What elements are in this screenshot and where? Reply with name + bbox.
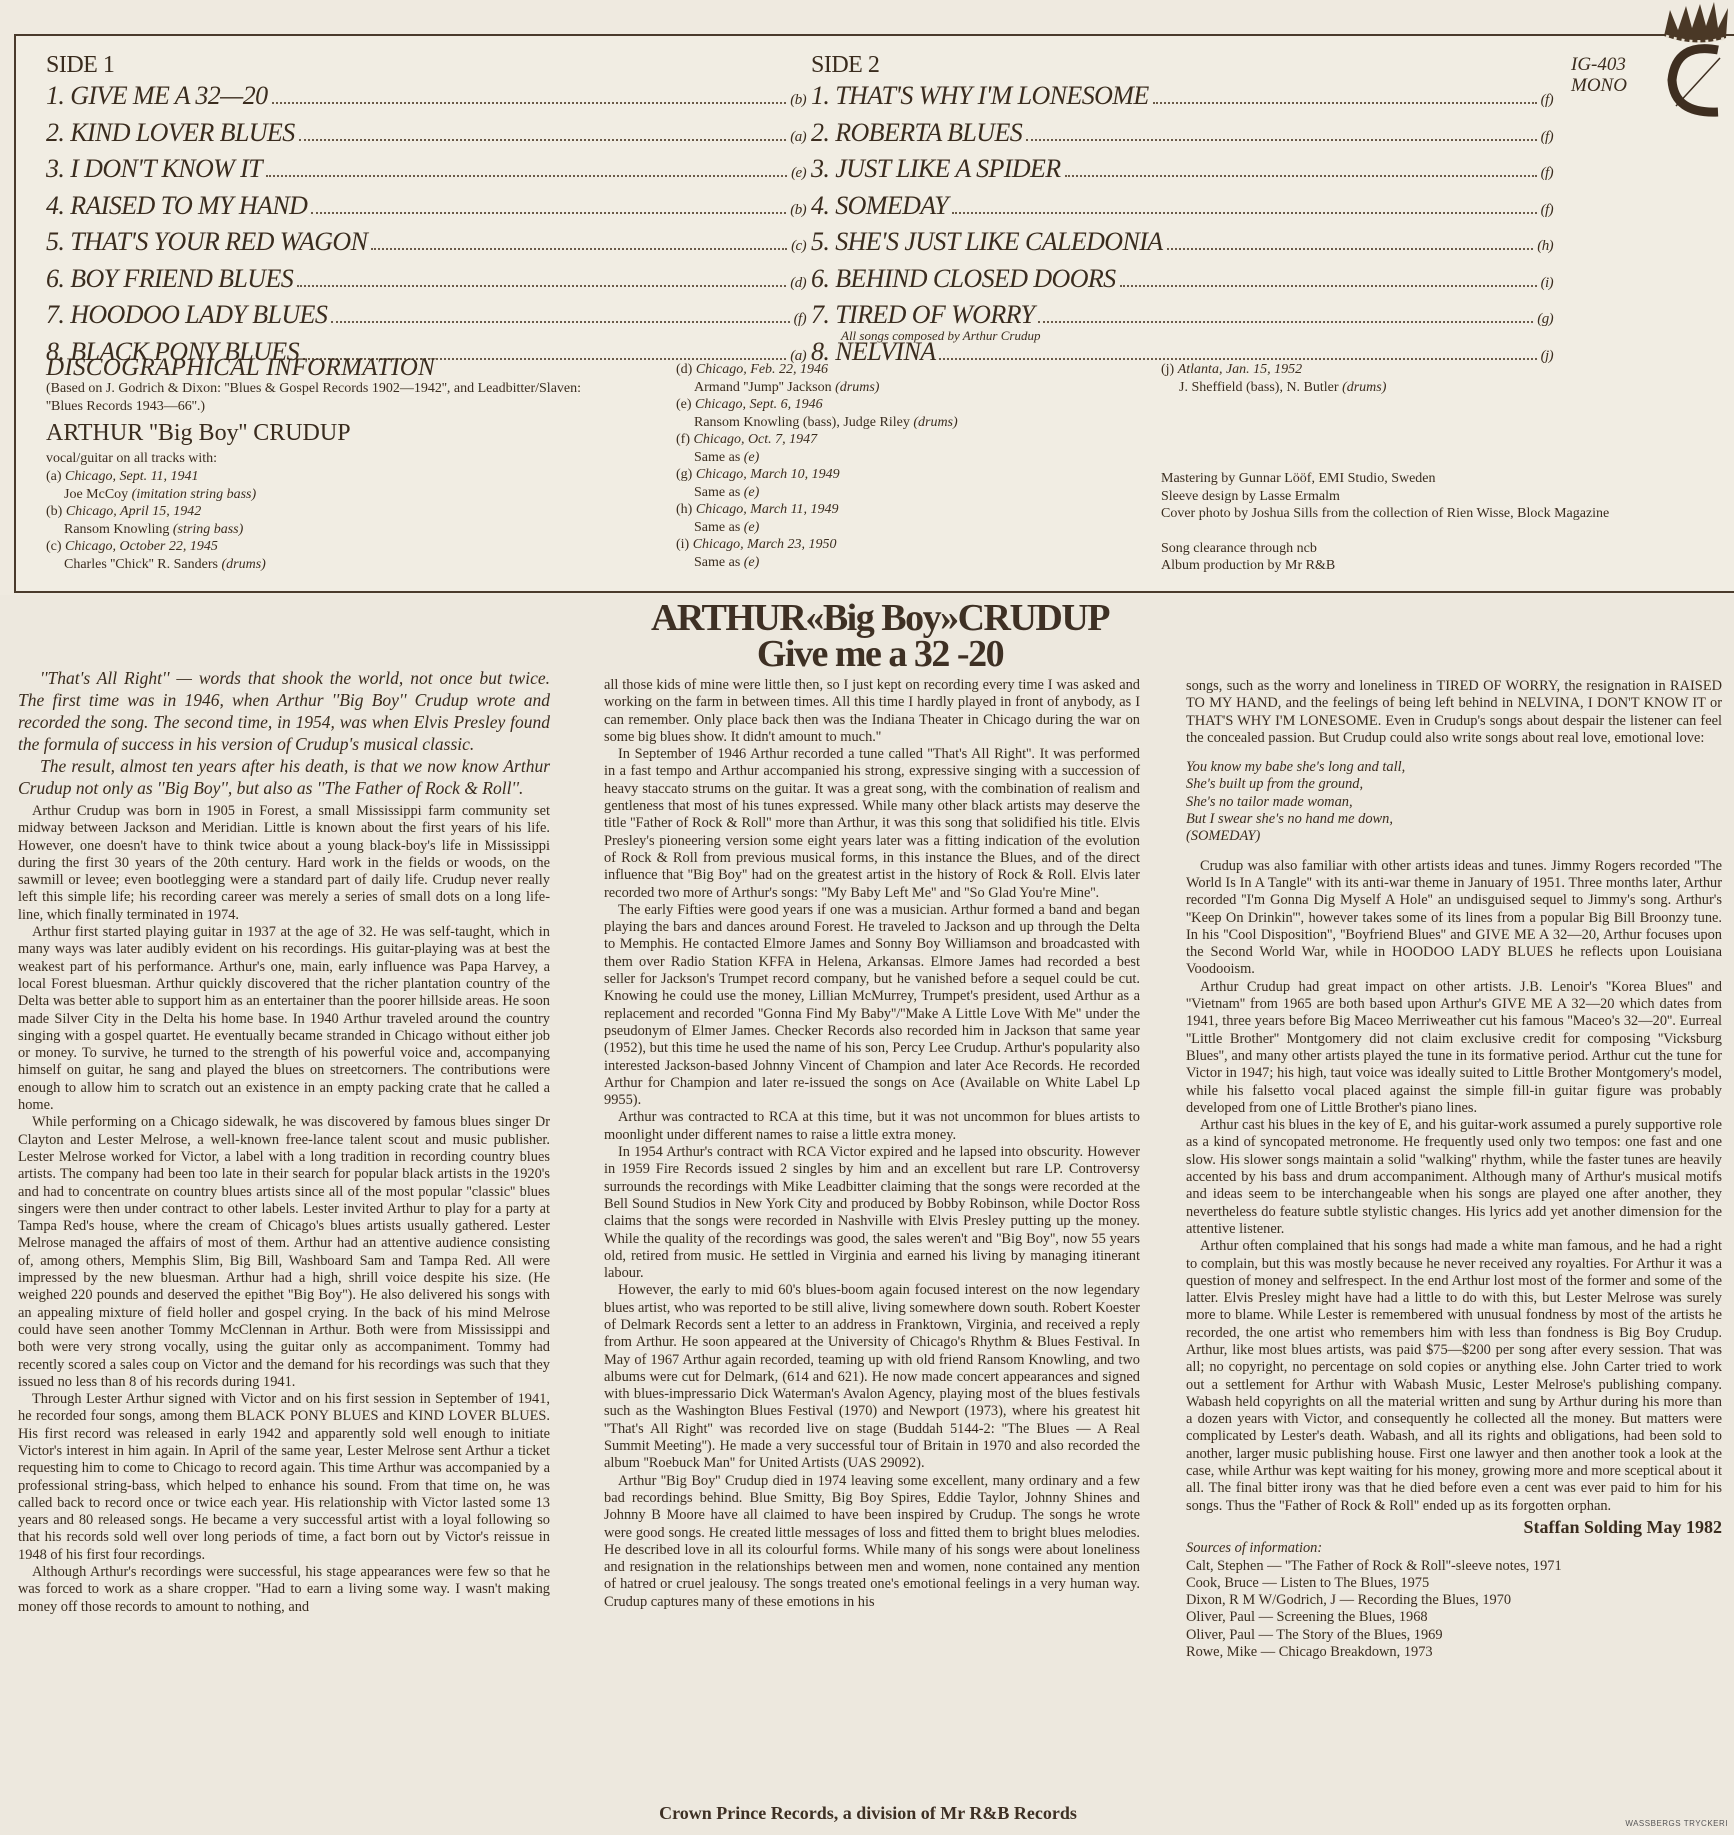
track-title: 3. I DON'T KNOW IT xyxy=(46,153,262,185)
lyric-line: (SOMEDAY) xyxy=(1186,828,1722,845)
dot-leader xyxy=(311,212,786,214)
track-row: 5. SHE'S JUST LIKE CALEDONIA(h) xyxy=(811,226,1553,263)
track-title: 6. BOY FRIEND BLUES xyxy=(46,263,293,295)
dot-leader xyxy=(266,175,787,177)
session-key: (a) xyxy=(46,469,65,484)
paragraph: Arthur was contracted to RCA at this tim… xyxy=(604,1109,1140,1144)
paragraph: Arthur often complained that his songs h… xyxy=(1186,1238,1722,1515)
track-title: 7. HOODOO LADY BLUES xyxy=(46,299,327,331)
paragraph: However, the early to mid 60's blues-boo… xyxy=(604,1282,1140,1472)
headline: ARTHUR«Big Boy»CRUDUP Give me a 32 -20 xyxy=(580,595,1180,671)
source-item: Oliver, Paul — Screening the Blues, 1968 xyxy=(1186,1609,1722,1626)
track-title: 1. GIVE ME A 32—20 xyxy=(46,80,268,112)
session-line: (c) Chicago, October 22, 1945 xyxy=(46,538,266,556)
session-location: Chicago, Feb. 22, 1946 xyxy=(696,362,828,377)
session-personnel: Armand ''Jump'' Jackson (drums) xyxy=(676,379,958,397)
personnel-name: Armand ''Jump'' Jackson xyxy=(694,380,835,395)
side-1-tracklist: 1. GIVE ME A 32—20(b)2. KIND LOVER BLUES… xyxy=(46,80,806,372)
track-title: 2. KIND LOVER BLUES xyxy=(46,117,295,149)
source-item: Dixon, R M W/Godrich, J — Recording the … xyxy=(1186,1592,1722,1609)
session-entry: (e) Chicago, Sept. 6, 1946Ransom Knowlin… xyxy=(676,396,958,431)
lyric-line: You know my babe she's long and tall, xyxy=(1186,759,1722,776)
track-row: 3. JUST LIKE A SPIDER(f) xyxy=(811,153,1553,190)
photo-credit: Cover photo by Joshua Sills from the col… xyxy=(1161,505,1609,523)
column-1-paragraphs: Arthur Crudup was born in 1905 in Forest… xyxy=(18,803,550,1616)
composer-note: All songs composed by Arthur Crudup xyxy=(841,328,1040,344)
session-ref: (b) xyxy=(790,85,806,117)
session-personnel: Charles ''Chick'' R. Sanders (drums) xyxy=(46,556,266,574)
track-row: 4. RAISED TO MY HAND(b) xyxy=(46,190,806,227)
crown-c-logo-icon xyxy=(1656,2,1734,122)
paragraph: all those kids of mine were little then,… xyxy=(604,677,1140,746)
intro-paragraph: ''That's All Right'' — words that shook … xyxy=(18,667,550,755)
paragraph: Arthur first started playing guitar in 1… xyxy=(18,924,550,1114)
track-row: 6. BOY FRIEND BLUES(d) xyxy=(46,263,806,300)
session-location: Chicago, Oct. 7, 1947 xyxy=(694,432,818,447)
side-2: SIDE 2 1. THAT'S WHY I'M LONESOME(f)2. R… xyxy=(811,50,1553,372)
session-entry: (g) Chicago, March 10, 1949Same as (e) xyxy=(676,466,958,501)
author-signature: Staffan Solding May 1982 xyxy=(1186,1519,1722,1536)
session-personnel: Ransom Knowling (string bass) xyxy=(46,521,266,539)
session-line: (b) Chicago, April 15, 1942 xyxy=(46,503,266,521)
track-row: 3. I DON'T KNOW IT(e) xyxy=(46,153,806,190)
session-key: (g) xyxy=(676,467,696,482)
sources-title: Sources of information: xyxy=(1186,1540,1722,1557)
paragraph: While performing on a Chicago sidewalk, … xyxy=(18,1114,550,1391)
clearance-credit: Song clearance through ncb xyxy=(1161,540,1609,558)
session-key: (j) xyxy=(1161,362,1178,377)
personnel-name: Same as xyxy=(694,450,744,465)
source-item: Oliver, Paul — The Story of the Blues, 1… xyxy=(1186,1627,1722,1644)
personnel-instrument: (imitation string bass) xyxy=(132,487,256,502)
session-line: (h) Chicago, March 11, 1949 xyxy=(676,501,958,519)
track-title: 4. SOMEDAY xyxy=(811,190,948,222)
dot-leader xyxy=(1026,139,1536,141)
track-title: 5. THAT'S YOUR RED WAGON xyxy=(46,226,367,258)
session-line: (f) Chicago, Oct. 7, 1947 xyxy=(676,431,958,449)
session-ref: (i) xyxy=(1541,268,1553,300)
track-title: 7. TIRED OF WORRY xyxy=(811,299,1034,331)
sleeve-credit: Sleeve design by Lasse Ermalm xyxy=(1161,488,1609,506)
sessions-column-1: (a) Chicago, Sept. 11, 1941Joe McCoy (im… xyxy=(46,468,266,573)
session-key: (i) xyxy=(676,537,693,552)
lyrics-quote: You know my babe she's long and tall,She… xyxy=(1186,759,1722,845)
personnel-instrument: (drums) xyxy=(221,557,265,572)
track-row: 4. SOMEDAY(f) xyxy=(811,190,1553,227)
dot-leader xyxy=(297,285,786,287)
personnel-name: Ransom Knowling (bass), Judge Riley xyxy=(694,415,913,430)
notes-column-3: songs, such as the worry and loneliness … xyxy=(1186,678,1722,1661)
dot-leader xyxy=(331,321,789,323)
production-credits: Mastering by Gunnar Lööf, EMI Studio, Sw… xyxy=(1161,470,1609,575)
session-entry: (d) Chicago, Feb. 22, 1946Armand ''Jump'… xyxy=(676,361,958,396)
session-location: Chicago, Sept. 11, 1941 xyxy=(65,469,199,484)
track-title: 5. SHE'S JUST LIKE CALEDONIA xyxy=(811,226,1163,258)
session-entry: (h) Chicago, March 11, 1949Same as (e) xyxy=(676,501,958,536)
mastering-credit: Mastering by Gunnar Lööf, EMI Studio, Sw… xyxy=(1161,470,1609,488)
personnel-name: Charles ''Chick'' R. Sanders xyxy=(64,557,221,572)
dot-leader xyxy=(299,139,787,141)
session-ref: (f) xyxy=(1541,195,1553,227)
session-ref: (a) xyxy=(790,122,806,154)
dot-leader xyxy=(272,102,787,104)
dot-leader xyxy=(939,358,1536,360)
session-ref: (f) xyxy=(1541,85,1553,117)
label-footer: Crown Prince Records, a division of Mr R… xyxy=(598,1803,1138,1824)
track-title: 6. BEHIND CLOSED DOORS xyxy=(811,263,1116,295)
session-location: Chicago, March 10, 1949 xyxy=(696,467,840,482)
personnel-instrument: (e) xyxy=(744,520,760,535)
notes-column-1: ''That's All Right'' — words that shook … xyxy=(18,667,550,1616)
dot-leader xyxy=(1167,248,1534,250)
discography-note: (Based on J. Godrich & Dixon: ''Blues & … xyxy=(46,380,606,416)
dot-leader xyxy=(1038,321,1533,323)
session-key: (h) xyxy=(676,502,696,517)
session-key: (e) xyxy=(676,397,695,412)
paragraph: The early Fifties were good years if one… xyxy=(604,902,1140,1110)
session-location: Chicago, March 11, 1949 xyxy=(696,502,839,517)
paragraph: Crudup was also familiar with other arti… xyxy=(1186,858,1722,979)
personnel-instrument: (drums) xyxy=(835,380,879,395)
track-row: 1. THAT'S WHY I'M LONESOME(f) xyxy=(811,80,1553,117)
track-title: 1. THAT'S WHY I'M LONESOME xyxy=(811,80,1149,112)
paragraph: In 1954 Arthur's contract with RCA Victo… xyxy=(604,1144,1140,1282)
sessions-column-2: (d) Chicago, Feb. 22, 1946Armand ''Jump'… xyxy=(676,361,958,571)
paragraph: Arthur ''Big Boy'' Crudup died in 1974 l… xyxy=(604,1473,1140,1611)
notes-column-2: all those kids of mine were little then,… xyxy=(604,677,1140,1611)
production-credit: Album production by Mr R&B xyxy=(1161,557,1609,575)
track-title: 3. JUST LIKE A SPIDER xyxy=(811,153,1061,185)
session-line: (d) Chicago, Feb. 22, 1946 xyxy=(676,361,958,379)
track-row: 1. GIVE ME A 32—20(b) xyxy=(46,80,806,117)
session-ref: (b) xyxy=(790,195,806,227)
source-item: Calt, Stephen — ''The Father of Rock & R… xyxy=(1186,1558,1722,1575)
track-row: 7. HOODOO LADY BLUES(f) xyxy=(46,299,806,336)
session-personnel: Same as (e) xyxy=(676,519,958,537)
intro-paragraphs: ''That's All Right'' — words that shook … xyxy=(18,667,550,799)
session-key: (c) xyxy=(46,539,65,554)
session-entry: (i) Chicago, March 23, 1950Same as (e) xyxy=(676,536,958,571)
session-personnel: Ransom Knowling (bass), Judge Riley (dru… xyxy=(676,414,958,432)
session-entry: (b) Chicago, April 15, 1942Ransom Knowli… xyxy=(46,503,266,538)
sources-list: Calt, Stephen — ''The Father of Rock & R… xyxy=(1186,1558,1722,1662)
headline-album: Give me a 32 -20 xyxy=(580,637,1180,671)
session-line: (a) Chicago, Sept. 11, 1941 xyxy=(46,468,266,486)
discography-title: DISCOGRAPHICAL INFORMATION xyxy=(46,354,435,382)
session-line: (i) Chicago, March 23, 1950 xyxy=(676,536,958,554)
session-personnel: Joe McCoy (imitation string bass) xyxy=(46,486,266,504)
session-personnel: Same as (e) xyxy=(676,484,958,502)
session-ref: (j) xyxy=(1541,341,1553,373)
personnel-name: Same as xyxy=(694,520,744,535)
lyric-line: She's built up from the ground, xyxy=(1186,776,1722,793)
personnel-instrument: (string bass) xyxy=(173,522,243,537)
side-1: SIDE 1 1. GIVE ME A 32—20(b)2. KIND LOVE… xyxy=(46,50,806,372)
personnel-instrument: (e) xyxy=(744,450,760,465)
session-location: Chicago, Sept. 6, 1946 xyxy=(695,397,823,412)
track-row: 5. THAT'S YOUR RED WAGON(c) xyxy=(46,226,806,263)
session-line: (e) Chicago, Sept. 6, 1946 xyxy=(676,396,958,414)
personnel-name: Ransom Knowling xyxy=(64,522,173,537)
dot-leader xyxy=(371,248,787,250)
personnel-name: Same as xyxy=(694,485,744,500)
session-ref: (d) xyxy=(790,268,806,300)
side-1-title: SIDE 1 xyxy=(46,50,806,80)
lyric-line: She's no tailor made woman, xyxy=(1186,794,1722,811)
source-item: Cook, Bruce — Listen to The Blues, 1975 xyxy=(1186,1575,1722,1592)
session-ref: (f) xyxy=(1541,158,1553,190)
personnel-name: Joe McCoy xyxy=(64,487,132,502)
personnel-name: Same as xyxy=(694,555,744,570)
session-line: (g) Chicago, March 10, 1949 xyxy=(676,466,958,484)
dot-leader xyxy=(952,212,1537,214)
track-row: 2. ROBERTA BLUES(f) xyxy=(811,117,1553,154)
catalog-info: IG-403 MONO xyxy=(1571,54,1627,96)
personnel-instrument: (drums) xyxy=(913,415,957,430)
headline-artist: ARTHUR«Big Boy»CRUDUP xyxy=(580,599,1180,637)
printer-mark: WASSBERGS TRYCKERI xyxy=(1625,1819,1728,1828)
side-2-title: SIDE 2 xyxy=(811,50,1553,80)
session-location: Chicago, October 22, 1945 xyxy=(65,539,218,554)
session-ref: (c) xyxy=(791,231,806,263)
session-ref: (f) xyxy=(794,304,806,336)
session-location: Chicago, April 15, 1942 xyxy=(66,504,201,519)
session-personnel: Same as (e) xyxy=(676,554,958,572)
session-ref: (g) xyxy=(1537,304,1553,336)
session-entry: (j) Atlanta, Jan. 15, 1952J. Sheffield (… xyxy=(1161,361,1386,396)
track-row: 6. BEHIND CLOSED DOORS(i) xyxy=(811,263,1553,300)
dot-leader xyxy=(1120,285,1537,287)
lyric-line: But I swear she's no hand me down, xyxy=(1186,811,1722,828)
tracklist-panel: SIDE 1 1. GIVE ME A 32—20(b)2. KIND LOVE… xyxy=(14,34,1734,593)
catalog-number: IG-403 xyxy=(1571,54,1627,75)
track-title: 4. RAISED TO MY HAND xyxy=(46,190,307,222)
column-3-opening: songs, such as the worry and loneliness … xyxy=(1186,678,1722,747)
session-entry: (c) Chicago, October 22, 1945Charles ''C… xyxy=(46,538,266,573)
session-key: (f) xyxy=(676,432,694,447)
session-entry: (f) Chicago, Oct. 7, 1947Same as (e) xyxy=(676,431,958,466)
paragraph: Although Arthur's recordings were succes… xyxy=(18,1564,550,1616)
session-ref: (f) xyxy=(1541,122,1553,154)
intro-paragraph: The result, almost ten years after his d… xyxy=(18,755,550,799)
dot-leader xyxy=(1153,102,1537,104)
paragraph: Arthur Crudup had great impact on other … xyxy=(1186,979,1722,1117)
session-entry: (a) Chicago, Sept. 11, 1941Joe McCoy (im… xyxy=(46,468,266,503)
dot-leader xyxy=(1065,175,1537,177)
artist-name: ARTHUR ''Big Boy'' CRUDUP xyxy=(46,420,351,447)
source-item: Rowe, Mike — Chicago Breakdown, 1973 xyxy=(1186,1644,1722,1661)
paragraph: Through Lester Arthur signed with Victor… xyxy=(18,1391,550,1564)
paragraph: Arthur cast his blues in the key of E, a… xyxy=(1186,1117,1722,1238)
session-line: (j) Atlanta, Jan. 15, 1952 xyxy=(1161,361,1386,379)
session-personnel: J. Sheffield (bass), N. Butler (drums) xyxy=(1161,379,1386,397)
sources: Sources of information: Calt, Stephen — … xyxy=(1186,1540,1722,1661)
catalog-format: MONO xyxy=(1571,75,1627,96)
personnel-instrument: (drums) xyxy=(1342,380,1386,395)
session-location: Chicago, March 23, 1950 xyxy=(693,537,837,552)
session-location: Atlanta, Jan. 15, 1952 xyxy=(1178,362,1302,377)
personnel-name: J. Sheffield (bass), N. Butler xyxy=(1179,380,1342,395)
session-key: (d) xyxy=(676,362,696,377)
sessions-column-3: (j) Atlanta, Jan. 15, 1952J. Sheffield (… xyxy=(1161,361,1386,396)
session-personnel: Same as (e) xyxy=(676,449,958,467)
liner-notes: ARTHUR«Big Boy»CRUDUP Give me a 32 -20 '… xyxy=(0,595,1734,1835)
personnel-instrument: (e) xyxy=(744,485,760,500)
column-3-paragraphs: Crudup was also familiar with other arti… xyxy=(1186,858,1722,1515)
personnel-instrument: (e) xyxy=(744,555,760,570)
track-row: 2. KIND LOVER BLUES(a) xyxy=(46,117,806,154)
session-ref: (h) xyxy=(1537,231,1553,263)
session-ref: (e) xyxy=(791,158,806,190)
track-title: 2. ROBERTA BLUES xyxy=(811,117,1022,149)
paragraph: Arthur Crudup was born in 1905 in Forest… xyxy=(18,803,550,924)
session-key: (b) xyxy=(46,504,66,519)
vocal-line: vocal/guitar on all tracks with: xyxy=(46,450,217,468)
paragraph: In September of 1946 Arthur recorded a t… xyxy=(604,746,1140,902)
